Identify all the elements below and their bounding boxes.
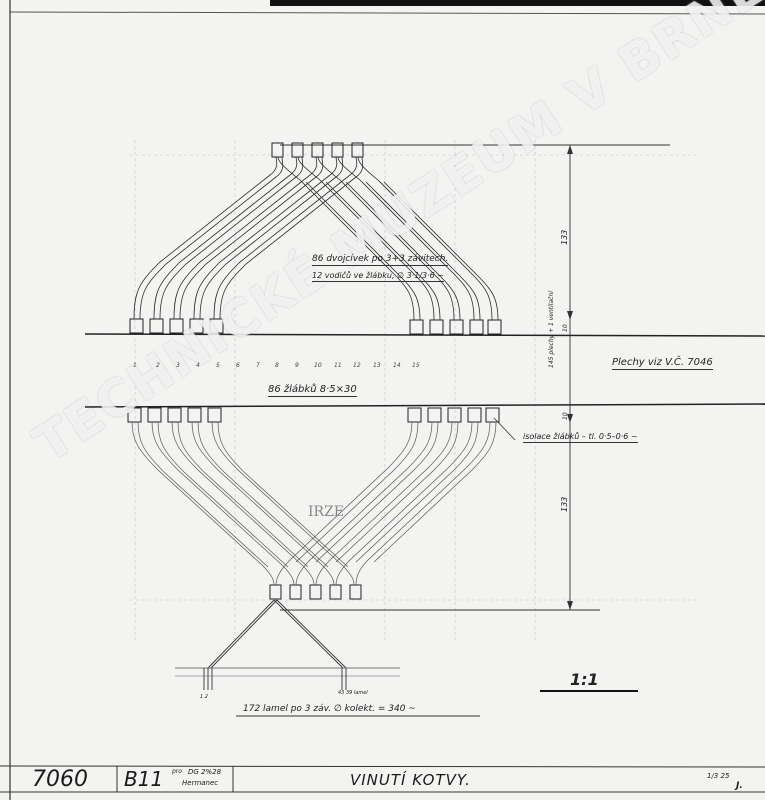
slot-number: 14: [393, 362, 401, 369]
slot-number: 5: [216, 362, 220, 369]
dimension-bottom-height: 133: [560, 497, 569, 512]
drawing-title: VINUTÍ KOTVY.: [350, 771, 471, 789]
initial: J.: [736, 781, 743, 791]
slot-number: 11: [334, 362, 342, 369]
laminations-note: Plechy viz V.Č. 7046: [612, 357, 713, 370]
insulation-note: isolace žlábků – tl. 0·5–0·6 ~: [523, 432, 638, 443]
stack-note: 145 plechy + 1 ventilační: [548, 291, 555, 368]
type-code: B11: [124, 767, 163, 791]
slot-number: 1: [133, 362, 137, 369]
coils-note-line1: 86 dvojcívek po 3+3 závitech.: [312, 254, 448, 266]
dimension-top-height: 133: [560, 230, 569, 245]
dimension-bottom-gap: 10: [562, 412, 569, 420]
author: Hermanec: [182, 779, 218, 787]
date-signature: 1/3 25: [707, 772, 729, 780]
commutator-note: 172 lamel po 3 záv. ∅ kolekt. = 340 ~: [243, 704, 416, 714]
slot-number: 2: [156, 362, 160, 369]
drawing-number: 7060: [32, 767, 88, 792]
type-note: DG 2%28: [188, 768, 221, 776]
type-note-prefix: pro: [172, 768, 182, 775]
slot-number: 6: [236, 362, 240, 369]
lamella-left-label: 1 2: [200, 694, 208, 700]
stamp-text: IRZE: [308, 504, 344, 520]
slot-number: 13: [373, 362, 381, 369]
scale-label: 1:1: [570, 670, 599, 689]
drawing-sheet: TECHNICKÉ MUZEUM V BRNĚ 86 dvojcívek po …: [0, 0, 765, 800]
slot-number: 8: [275, 362, 279, 369]
slot-number: 7: [256, 362, 260, 369]
slots-note: 86 žlábků 8·5×30: [268, 384, 357, 397]
coils-note-line2: 12 vodičů ve žlábku, ∅ 3·1/3·6 ~: [312, 271, 444, 282]
dimension-top-gap: 10: [562, 324, 569, 332]
slot-number: 9: [295, 362, 299, 369]
lamella-right-label: 43 39 lamel: [338, 690, 368, 696]
slot-number: 15: [412, 362, 420, 369]
slot-number: 10: [314, 362, 322, 369]
slot-number: 12: [353, 362, 361, 369]
slot-number: 4: [196, 362, 200, 369]
slot-number: 3: [176, 362, 180, 369]
